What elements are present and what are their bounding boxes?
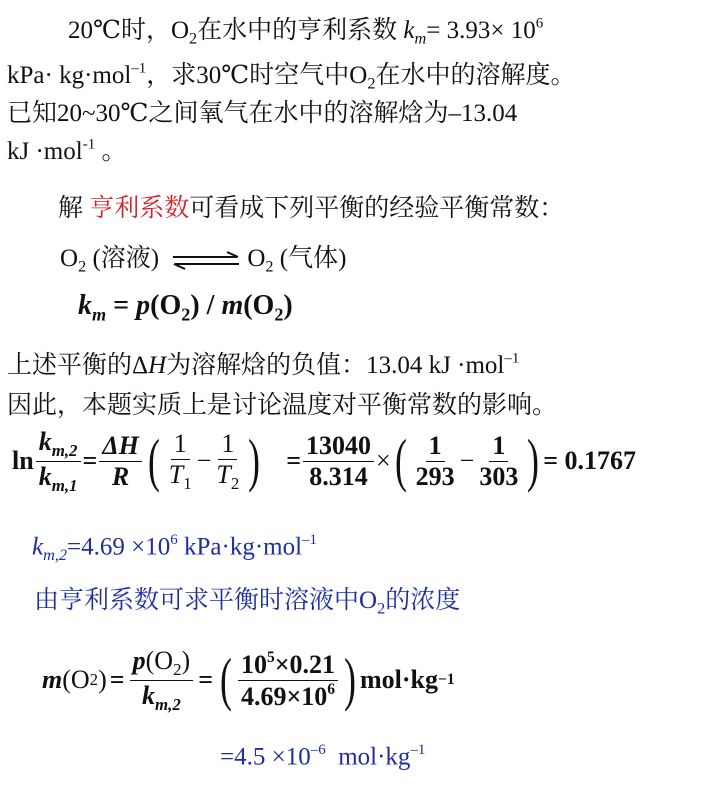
exponent: –1 xyxy=(410,742,425,758)
exponent: 5 xyxy=(267,649,275,666)
problem-line-4: kJ ·mol-1 。 xyxy=(7,131,126,167)
symbol-k: k xyxy=(78,290,92,321)
concentration-line: 由亨利系数可求平衡时溶液中O2的浓度 xyxy=(34,580,460,619)
symbol-T: T xyxy=(216,460,230,489)
subscript: m,1 xyxy=(52,475,78,494)
enthalpy-line: 上述平衡的ΔH为溶解焓的负值：13.04 kJ ·mol–1 xyxy=(7,345,519,381)
subscript: 2 xyxy=(181,304,190,324)
exponent: –1 xyxy=(302,532,317,548)
text: 4.69×10 xyxy=(241,681,327,710)
equals: = xyxy=(110,665,125,695)
unit: mol·kg xyxy=(360,665,438,695)
subscript: 2 xyxy=(189,30,197,48)
text: 为溶解焓的负值：13.04 kJ ·mol xyxy=(166,352,504,379)
text: ×0.21 xyxy=(275,650,335,679)
text: 可看成下列平衡的经验平衡常数： xyxy=(189,195,564,222)
denominator: 293 xyxy=(413,462,458,492)
exponent: 6 xyxy=(170,532,178,548)
symbol-k: k xyxy=(39,462,52,491)
exponent: –6 xyxy=(311,742,326,758)
left-paren: ( xyxy=(148,431,160,491)
fraction-1-303: 1 303 xyxy=(476,431,521,492)
problem-line-3: 已知20~30℃之间氧气在水中的溶解焓为–13.04 xyxy=(7,93,517,129)
equals: = xyxy=(198,665,213,695)
numerator: 1 xyxy=(171,429,190,460)
result-value: = 0.1767 xyxy=(543,446,636,476)
km-definition: km = p(O2) / m(O2) xyxy=(78,290,293,325)
text: =4.5 ×10 xyxy=(220,744,311,771)
problem-line-1: 20℃时，O2在水中的亨利系数 km= 3.93× 106 xyxy=(68,10,543,49)
symbol-R: R xyxy=(109,462,132,492)
text: 的浓度 xyxy=(385,587,460,614)
numerator: 13040 xyxy=(303,431,374,462)
text: 已知20~30℃之间氧气在水中的溶解焓为–13.04 xyxy=(7,100,517,127)
text: O xyxy=(60,245,78,272)
equilibrium-arrow-icon xyxy=(171,250,241,270)
exponent: 6 xyxy=(327,681,335,698)
equals: = xyxy=(286,446,301,476)
text: (O xyxy=(243,290,274,321)
subscript: 2 xyxy=(78,258,86,276)
symbol-k: k xyxy=(403,17,414,44)
exponent: 6 xyxy=(536,16,544,32)
ln-symbol: ln xyxy=(12,446,34,476)
unit: kPa·kg·mol xyxy=(178,534,302,561)
symbol-m: m xyxy=(221,290,243,321)
unit: mol·kg xyxy=(326,744,411,771)
text: ) / xyxy=(190,290,221,321)
subscript: m,2 xyxy=(52,441,78,460)
subscript: m xyxy=(415,30,427,48)
vant-hoff-equation: ln km,2 km,1 = ΔH R ( 1 T1 − 1 T2 ) = 13… xyxy=(12,420,636,502)
minus: − xyxy=(460,446,475,476)
delta-h: ΔH xyxy=(99,431,142,462)
solution-label: 解 xyxy=(58,195,89,222)
numerator: 1 xyxy=(489,431,508,462)
symbol-p: p xyxy=(136,290,150,321)
fraction-13040-8314: 13040 8.314 xyxy=(303,431,374,492)
molality-equation: m(O2) = p(O2) km,2 = ( 105×0.21 4.69×106… xyxy=(42,640,455,720)
text: (O xyxy=(150,290,181,321)
equals: = xyxy=(83,446,98,476)
text: ，求30℃时空气中O xyxy=(146,62,367,89)
denominator: 8.314 xyxy=(306,462,371,492)
subscript: 2 xyxy=(173,660,181,679)
subscript: 2 xyxy=(377,600,385,618)
fraction-p-k: p(O2) km,2 xyxy=(130,646,194,714)
numerator: 1 xyxy=(218,429,237,460)
text: 因此，本题实质上是讨论温度对平衡常数的影响。 xyxy=(7,392,557,419)
fraction-1-t1: 1 T1 xyxy=(166,429,195,493)
km2-result: km,2=4.69 ×106 kPa·kg·mol–1 xyxy=(32,532,317,565)
symbol-T: T xyxy=(169,460,183,489)
subscript: 2 xyxy=(265,258,273,276)
symbol-H: H xyxy=(148,352,166,379)
text: kJ ·mol xyxy=(7,138,83,165)
problem-line-2: kPa· kg·mol–1，求30℃时空气中O2在水中的溶解度。 xyxy=(7,55,575,94)
times: × xyxy=(376,446,391,476)
subscript: m,2 xyxy=(155,694,181,713)
minus: − xyxy=(197,446,212,476)
text: 在水中的亨利系数 xyxy=(197,17,403,44)
subscript: m,2 xyxy=(43,546,67,564)
final-answer: =4.5 ×10–6 mol·kg–1 xyxy=(220,742,425,772)
solution-intro: 解 亨利系数可看成下列平衡的经验平衡常数： xyxy=(58,188,564,224)
text: ) xyxy=(98,665,107,695)
text: (气体) xyxy=(274,245,347,272)
text: 上述平衡的Δ xyxy=(7,352,148,379)
fraction-k-ratio: km,2 km,1 xyxy=(36,427,81,495)
text: ) xyxy=(283,290,292,321)
denominator: 303 xyxy=(476,462,521,492)
fraction-1-t2: 1 T2 xyxy=(213,429,242,493)
equilibrium-equation: O2 (溶液) O2 (气体) xyxy=(60,238,346,277)
exponent: –1 xyxy=(504,351,519,367)
subscript: 2 xyxy=(90,670,98,690)
right-paren: ) xyxy=(527,431,539,491)
text: (O xyxy=(146,646,173,675)
text: = xyxy=(106,290,136,321)
subscript: 2 xyxy=(231,474,239,493)
symbol-k: k xyxy=(39,427,52,456)
fraction-dh-r: ΔH R xyxy=(99,431,142,492)
text: =4.69 ×10 xyxy=(67,534,170,561)
text: kPa· kg·mol xyxy=(7,62,131,89)
text: O xyxy=(247,245,265,272)
text: (溶液) xyxy=(86,245,159,272)
text: 10 xyxy=(241,650,267,679)
text: ) xyxy=(182,646,191,675)
text: 由亨利系数可求平衡时溶液中O xyxy=(34,587,377,614)
subscript: m xyxy=(92,304,106,324)
symbol-k: k xyxy=(32,534,43,561)
highlight-henry-coefficient: 亨利系数 xyxy=(89,195,189,222)
right-paren: ) xyxy=(344,650,356,710)
symbol-m: m xyxy=(42,665,62,695)
right-paren: ) xyxy=(248,431,260,491)
text: (O xyxy=(62,665,89,695)
exponent: -1 xyxy=(83,137,96,153)
fraction-values: 105×0.21 4.69×106 xyxy=(238,649,338,712)
exponent: –1 xyxy=(131,61,146,77)
text: 在水中的溶解度。 xyxy=(375,62,575,89)
fraction-1-293: 1 293 xyxy=(413,431,458,492)
therefore-line: 因此，本题实质上是讨论温度对平衡常数的影响。 xyxy=(7,385,557,421)
text: 20℃时，O xyxy=(68,17,189,44)
left-paren: ( xyxy=(220,650,232,710)
text: = 3.93× 10 xyxy=(426,17,535,44)
numerator: 1 xyxy=(426,431,445,462)
text: 。 xyxy=(95,138,126,165)
symbol-k: k xyxy=(142,681,155,710)
subscript: 1 xyxy=(183,474,191,493)
left-paren: ( xyxy=(395,431,407,491)
exponent: −1 xyxy=(438,671,455,689)
symbol-p: p xyxy=(133,646,146,675)
